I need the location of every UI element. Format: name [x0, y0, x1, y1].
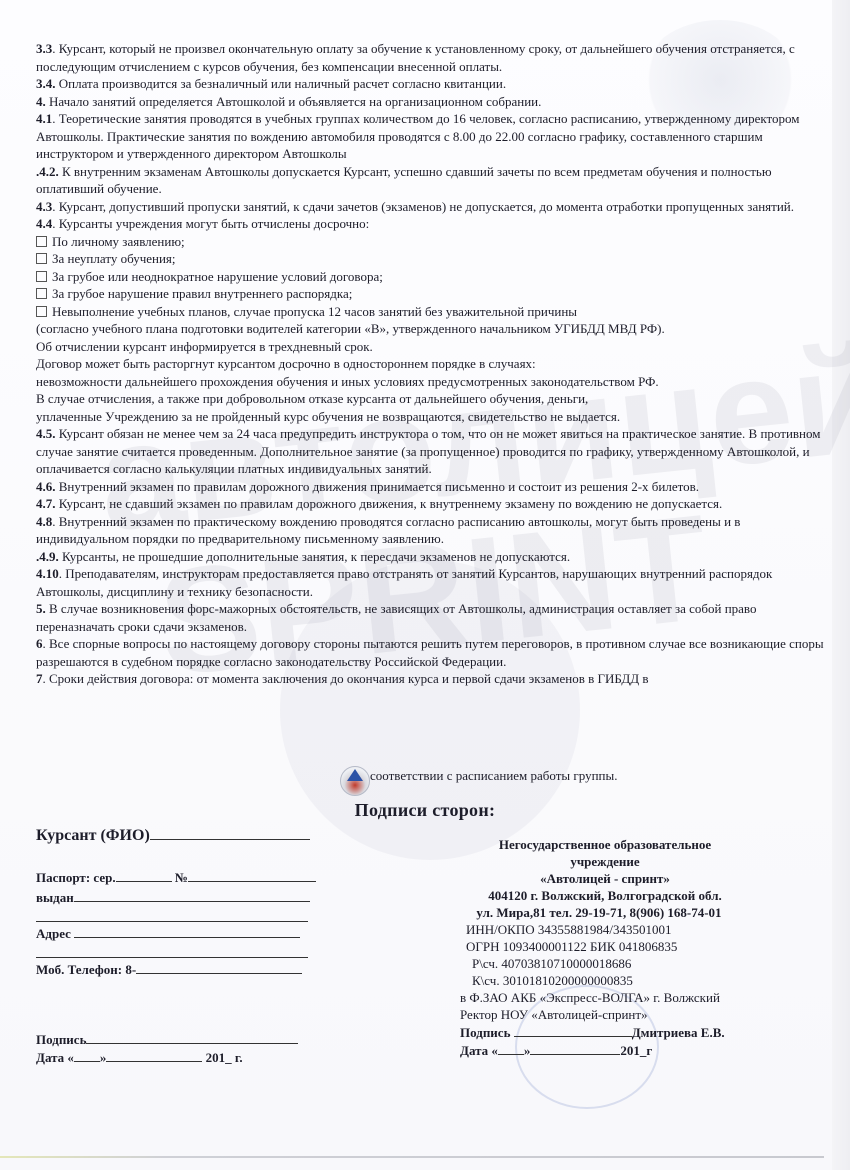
checkbox-bullet-icon — [36, 306, 47, 317]
school-signature-label: Подпись — [460, 1025, 510, 1040]
clause-48: 4.8. Внутренний экзамен по практическому… — [36, 513, 826, 548]
address-field[interactable] — [74, 924, 300, 938]
org-ks: К\сч. 30101810200000000835 — [460, 972, 750, 989]
list-item-text: За неуплату обучения; — [52, 251, 176, 266]
checkbox-bullet-icon — [36, 236, 47, 247]
clause-text: Начало занятий определяется Автошколой и… — [46, 94, 542, 109]
clause-45: 4.5. Курсант обязан не менее чем за 24 ч… — [36, 425, 826, 478]
student-date-day-field[interactable] — [74, 1048, 100, 1062]
clause-number: 3.4. — [36, 76, 56, 91]
passport-series-field[interactable] — [116, 868, 172, 882]
clause-text: Курсанты, не прошедшие дополнительные за… — [59, 549, 570, 564]
clause-number: 4.7. — [36, 496, 56, 511]
school-signature-block: Негосударственное образовательное учрежд… — [460, 836, 750, 1059]
student-name-field[interactable] — [150, 826, 310, 840]
signatures-title: Подписи сторон: — [0, 800, 850, 821]
clause-text: Внутренний экзамен по правилам дорожного… — [56, 479, 700, 494]
org-rs: Р\сч. 40703810710000018686 — [460, 955, 750, 972]
address-label: Адрес — [36, 926, 71, 941]
text-line: В случае отчисления, а также при доброво… — [36, 390, 826, 408]
issued-field-line2[interactable] — [36, 908, 308, 922]
clause-text: . Внутренний экзамен по практическому во… — [36, 514, 740, 547]
clause-number: 4.3 — [36, 199, 52, 214]
date-year: 201_ г. — [206, 1050, 243, 1065]
address-field-line2[interactable] — [36, 944, 308, 958]
contract-body: 3.3. Курсант, который не произвел оконча… — [36, 40, 826, 688]
org-line1: Негосударственное образовательное — [460, 836, 750, 853]
clause-34: 3.4. Оплата производится за безналичный … — [36, 75, 826, 93]
school-date-day-field[interactable] — [498, 1041, 524, 1055]
checkbox-bullet-icon — [36, 288, 47, 299]
checkbox-bullet-icon — [36, 253, 47, 264]
clause-42: .4.2. К внутренним экзаменам Автошколы д… — [36, 163, 826, 198]
clause-text: Оплата производится за безналичный или н… — [56, 76, 507, 91]
clause-44: 4.4. Курсанты учреждения могут быть отчи… — [36, 215, 826, 233]
school-date-label: Дата « — [460, 1043, 498, 1058]
clause-text: К внутренним экзаменам Автошколы допуска… — [36, 164, 772, 197]
clause-410: 4.10. Преподавателям, инструкторам предо… — [36, 565, 826, 600]
clause-41: 4.1. Теоретические занятия проводятся в … — [36, 110, 826, 163]
clause-number: 4.10 — [36, 566, 59, 581]
signer-name: Дмитриева Е.В. — [632, 1025, 725, 1040]
student-name-label: Курсант (ФИО) — [36, 827, 150, 844]
clause-46: 4.6. Внутренний экзамен по правилам доро… — [36, 478, 826, 496]
clause-text: Курсант обязан не менее чем за 24 часа п… — [36, 426, 820, 476]
student-signature-field[interactable] — [86, 1030, 298, 1044]
issued-label: выдан — [36, 890, 74, 905]
school-signature-field[interactable] — [514, 1023, 632, 1037]
clause-text: . Курсант, допустивший пропуски занятий,… — [52, 199, 794, 214]
list-item-text: За грубое нарушение правил внутреннего р… — [52, 286, 352, 301]
clause-number: 4.6. — [36, 479, 56, 494]
clause-text: В случае возникновения форс-мажорных обс… — [36, 601, 756, 634]
page-edge — [832, 0, 850, 1170]
clause-number: .4.9. — [36, 549, 59, 564]
school-date-year: 201_г — [620, 1043, 652, 1058]
student-date-month-field[interactable] — [106, 1048, 202, 1062]
school-logo-icon — [340, 766, 370, 796]
clause-number: 4.4 — [36, 216, 52, 231]
clause-47: 4.7. Курсант, не сдавший экзамен по прав… — [36, 495, 826, 513]
clause-text: . Все спорные вопросы по настоящему дого… — [36, 636, 824, 669]
clause-number: 4.5. — [36, 426, 56, 441]
org-line2: учреждение — [460, 853, 750, 870]
clause-number: 4. — [36, 94, 46, 109]
list-item: За неуплату обучения; — [36, 250, 826, 268]
clause-33: 3.3. Курсант, который не произвел оконча… — [36, 40, 826, 75]
clause-43: 4.3. Курсант, допустивший пропуски занят… — [36, 198, 826, 216]
org-name: «Автолицей - спринт» — [460, 870, 750, 887]
phone-label: Моб. Телефон: 8- — [36, 962, 136, 977]
list-item-text: За грубое или неоднократное нарушение ус… — [52, 269, 383, 284]
clause-number: 4.1 — [36, 111, 52, 126]
org-bank: в Ф.ЗАО АКБ «Экспресс-ВОЛГА» г. Волжский — [460, 989, 750, 1006]
passport-no-label: № — [175, 870, 188, 885]
org-inn: ИНН/ОКПО 34355881984/343501001 — [460, 921, 750, 938]
clause-text: Курсант, не сдавший экзамен по правилам … — [56, 496, 723, 511]
clause-4: 4. Начало занятий определяется Автошколо… — [36, 93, 826, 111]
issued-field[interactable] — [74, 888, 310, 902]
org-address1: 404120 г. Волжский, Волгоградской обл. — [460, 887, 750, 904]
list-item-text: По личному заявлению; — [52, 234, 185, 249]
org-rector: Ректор НОУ «Автолицей-спринт» — [460, 1006, 750, 1023]
clause-text: . Курсанты учреждения могут быть отчисле… — [52, 216, 369, 231]
student-signature-label: Подпись — [36, 1032, 86, 1047]
clause-number: 5. — [36, 601, 46, 616]
clause-6: 6. Все спорные вопросы по настоящему дог… — [36, 635, 826, 670]
org-address2: ул. Мира,81 тел. 29-19-71, 8(906) 168-74… — [448, 904, 750, 921]
schedule-line: соответствии с расписанием работы группы… — [370, 768, 617, 784]
clause-number: .4.2. — [36, 164, 59, 179]
clause-7: 7. Сроки действия договора: от момента з… — [36, 670, 826, 688]
school-date-month-field[interactable] — [530, 1041, 620, 1055]
text-line: невозможности дальнейшего прохождения об… — [36, 373, 826, 391]
list-item-text: Невыполнение учебных планов, случае проп… — [52, 304, 577, 319]
clause-text: . Сроки действия договора: от момента за… — [43, 671, 649, 686]
list-item: По личному заявлению; — [36, 233, 826, 251]
checkbox-bullet-icon — [36, 271, 47, 282]
list-item: За грубое нарушение правил внутреннего р… — [36, 285, 826, 303]
text-line: Об отчислении курсант информируется в тр… — [36, 338, 826, 356]
clause-text: . Курсант, который не произвел окончател… — [36, 41, 795, 74]
text-line: (согласно учебного плана подготовки води… — [36, 320, 826, 338]
clause-text: . Преподавателям, инструкторам предостав… — [36, 566, 772, 599]
text-line: Договор может быть расторгнут курсантом … — [36, 355, 826, 373]
org-ogrn: ОГРН 1093400001122 БИК 041806835 — [460, 938, 750, 955]
list-item: Невыполнение учебных планов, случае проп… — [36, 303, 826, 321]
clause-5: 5. В случае возникновения форс-мажорных … — [36, 600, 826, 635]
clause-number: 3.3 — [36, 41, 52, 56]
clause-text: . Теоретические занятия проводятся в уче… — [36, 111, 800, 161]
phone-field[interactable] — [136, 960, 302, 974]
list-item: За грубое или неоднократное нарушение ус… — [36, 268, 826, 286]
text-line: уплаченные Учреждению за не пройденный к… — [36, 408, 826, 426]
page-bottom-edge — [0, 1156, 824, 1158]
clause-49: .4.9. Курсанты, не прошедшие дополнитель… — [36, 548, 826, 566]
date-label: Дата « — [36, 1050, 74, 1065]
clause-number: 4.8 — [36, 514, 52, 529]
passport-number-field[interactable] — [188, 868, 316, 882]
passport-label: Паспорт: сер. — [36, 870, 116, 885]
